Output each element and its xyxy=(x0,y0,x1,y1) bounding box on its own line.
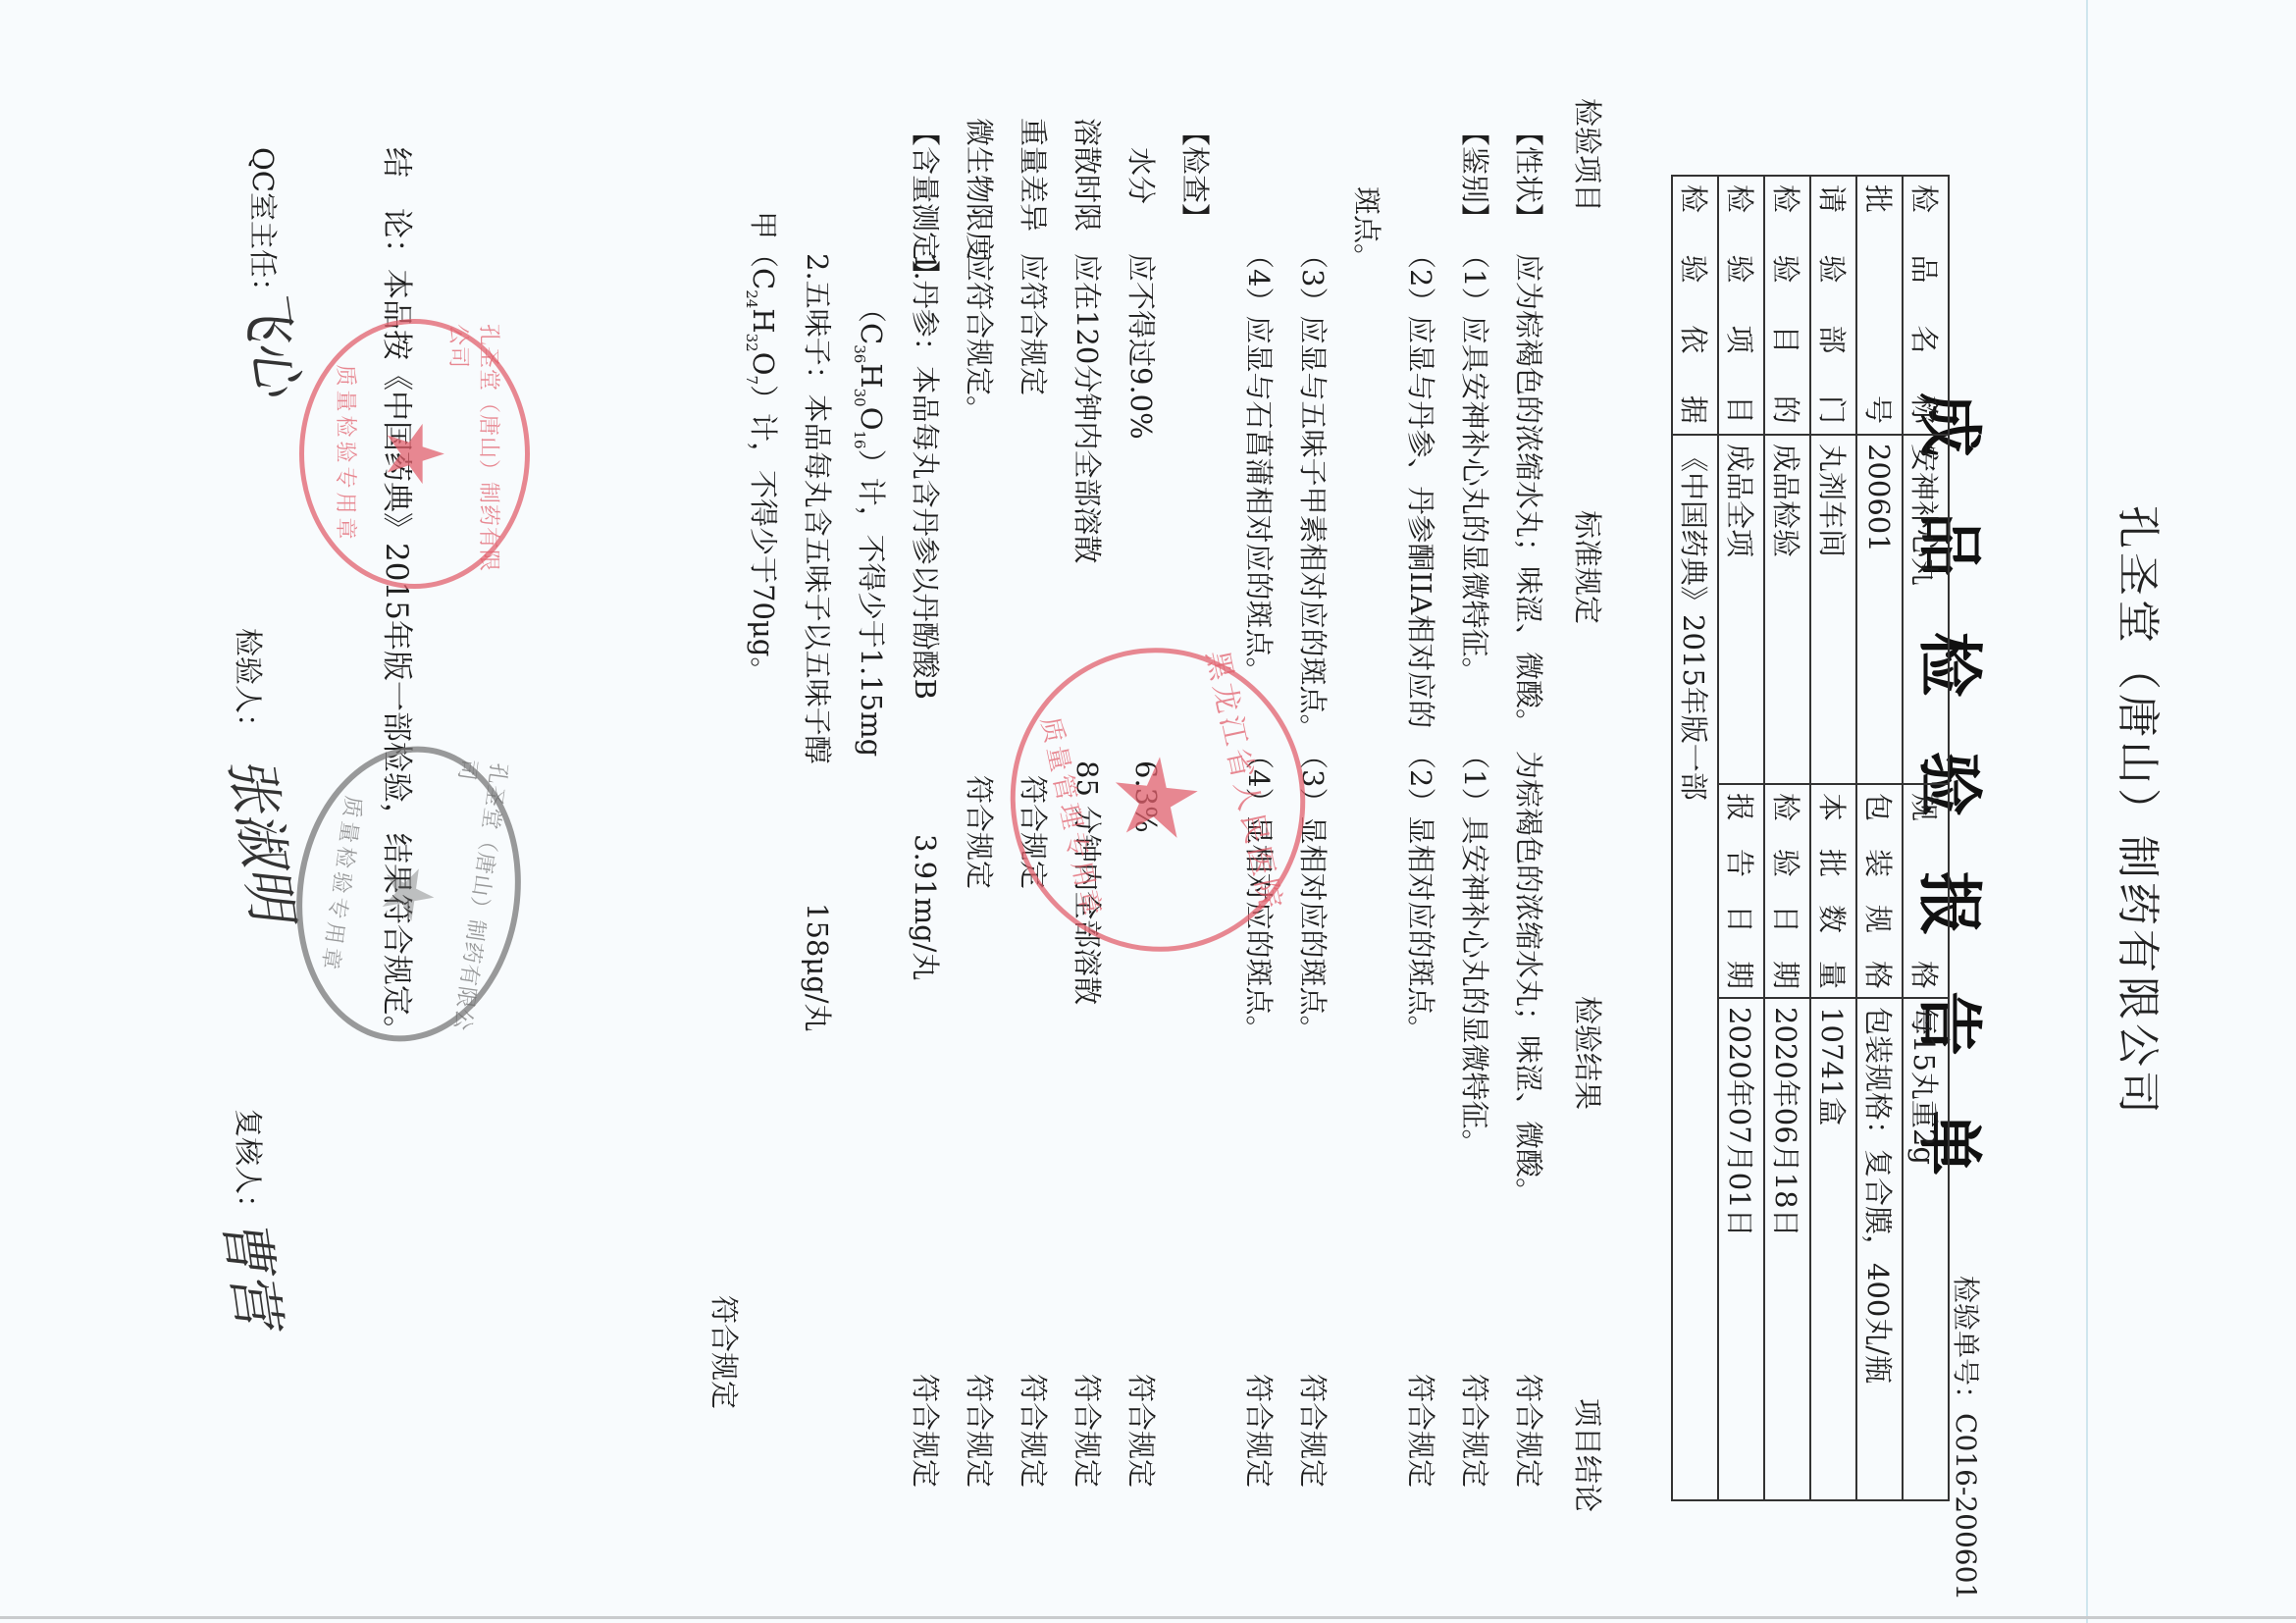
ident-2-conclusion: 符合规定 xyxy=(1402,1374,1442,1488)
quality-stamp-left: 孔圣堂（唐山）制药有限公司 ★ 质量检验专用章 xyxy=(299,319,530,589)
report-number-value: C016-200601 xyxy=(1950,1413,1982,1600)
ident-4-conclusion: 符合规定 xyxy=(1240,1374,1280,1488)
star-icon: ★ xyxy=(1095,741,1221,858)
section-heading-identification: 【鉴别】 xyxy=(1456,118,1496,232)
assay-1-standard-formula: （C36H30O16）计，不得少于1.15mg xyxy=(851,294,893,757)
ident-2-result: （2）显相对应的斑点。 xyxy=(1402,741,1442,1043)
formula-suffix: ）计，不得少于1.15mg xyxy=(855,449,888,758)
assay-1-conclusion: 符合规定 xyxy=(907,1374,947,1488)
star-icon: ★ xyxy=(370,859,446,929)
ident-2-standard-cont: 斑点。 xyxy=(1348,186,1388,272)
report-number-label: 检验单号： xyxy=(1950,1276,1982,1413)
value-dept: 丸剂车间 xyxy=(1810,435,1856,784)
col-header-conclusion: 项目结论 xyxy=(1569,1398,1609,1512)
value-quantity: 10741盒 xyxy=(1810,998,1856,1500)
scan-edge-line xyxy=(2086,0,2088,1623)
label-packaging: 包装规格 xyxy=(1856,784,1903,998)
inspect-1-standard: 应不得过9.0% xyxy=(1122,253,1163,440)
assay-2-standard-formula: 甲（C24H32O7）计，不得少于70μg。 xyxy=(743,211,785,685)
character-result: 为棕褐色的浓缩水丸；味涩、微酸。 xyxy=(1510,751,1550,1206)
formula-sub: 7 xyxy=(743,375,760,385)
report-number: 检验单号：C016-200601 xyxy=(1948,1276,1987,1600)
inspector-label: 检验人： xyxy=(230,628,270,742)
inspect-3-conclusion: 符合规定 xyxy=(1015,1374,1055,1488)
formula-el: H xyxy=(855,363,888,388)
inspect-1-conclusion: 符合规定 xyxy=(1122,1374,1163,1488)
stamp-bottom-text: 质量检验专用章 xyxy=(315,794,370,975)
label-quantity: 本批数量 xyxy=(1810,784,1856,998)
section-heading-inspection: 【检查】 xyxy=(1176,118,1217,232)
value-packaging: 包装规格：复合膜，400丸/瓶 xyxy=(1856,998,1903,1500)
inspect-1-name: 水分 xyxy=(1122,147,1163,204)
ident-3-standard: （3）应显与五味子甲素相对应的斑点。 xyxy=(1294,240,1334,742)
inspect-4-name: 微生物限度 xyxy=(961,118,1001,260)
formula-prefix: （C xyxy=(855,294,888,344)
quality-stamp-center: 黑龙江省人民医院 ★ 质量管理专用章 xyxy=(982,620,1333,979)
formula-el: O xyxy=(747,352,780,376)
inspect-4-result: 符合规定 xyxy=(961,775,1001,889)
value-basis: 《中国药典》2015年版一部 xyxy=(1672,435,1718,1500)
inspect-4-standard: 应符合规定。 xyxy=(961,253,1001,424)
label-purpose: 检验目的 xyxy=(1764,176,1810,435)
ident-1-standard: （1）应具安神补心丸的显微特征。 xyxy=(1456,240,1496,685)
assay-2-result: 158μg/丸 xyxy=(799,903,839,1032)
table-row: 批号 200601 包装规格 包装规格：复合膜，400丸/瓶 xyxy=(1856,176,1903,1500)
value-report-date: 2020年07月01日 xyxy=(1718,998,1764,1500)
formula-sub: 36 xyxy=(851,344,868,363)
qc-director-signature: 飞心 xyxy=(229,280,322,399)
qc-director-label: QC室主任： xyxy=(244,147,285,306)
document-page: 孔圣堂（唐山）制药有限公司 成品检验报告单 检验单号：C016-200601 检… xyxy=(0,0,2296,1623)
col-header-standard: 标准规定 xyxy=(1569,510,1609,624)
ident-1-conclusion: 符合规定 xyxy=(1456,1374,1496,1488)
label-batch: 批号 xyxy=(1856,176,1903,435)
label-basis: 检验依据 xyxy=(1672,176,1718,435)
conclusion-label: 结 论： xyxy=(379,147,414,269)
table-row: 检验项目 成品全项 报告日期 2020年07月01日 xyxy=(1718,176,1764,1500)
star-icon: ★ xyxy=(376,419,454,490)
inspect-2-name: 溶散时限 xyxy=(1069,118,1109,232)
stamp-bottom-text: 质量检验专用章 xyxy=(332,364,362,543)
assay-2-standard: 2.五味子：本品每丸含五味子以五味子醇 xyxy=(799,253,839,764)
table-row: 检验目的 成品检验 检验日期 2020年06月18日 xyxy=(1764,176,1810,1500)
value-spec: 每15丸重2g xyxy=(1903,998,1949,1500)
col-header-item: 检验项目 xyxy=(1569,98,1609,212)
section-heading-character: 【性状】 xyxy=(1510,118,1550,232)
ident-2-standard: （2）应显与丹参、丹参酮IIA相对应的 xyxy=(1402,240,1442,728)
formula-sub: 30 xyxy=(851,389,868,407)
inspect-3-standard: 应符合规定 xyxy=(1015,253,1055,395)
scan-frame: 孔圣堂（唐山）制药有限公司 成品检验报告单 检验单号：C016-200601 检… xyxy=(0,0,2296,1623)
reviewer-label: 复核人： xyxy=(230,1109,270,1223)
label-product-name: 检品名称 xyxy=(1903,176,1949,435)
inspect-4-conclusion: 符合规定 xyxy=(961,1374,1001,1488)
formula-suffix: ）计，不得少于70μg。 xyxy=(747,385,780,685)
col-header-result: 检验结果 xyxy=(1569,996,1609,1110)
formula-prefix: 甲（C xyxy=(747,211,780,289)
ident-4-standard: （4）应显与石菖蒲相对应的斑点。 xyxy=(1240,240,1280,685)
table-row: 请验部门 丸剂车间 本批数量 10741盒 xyxy=(1810,176,1856,1500)
value-product-name: 安神补心丸 xyxy=(1903,435,1949,784)
info-table: 检品名称 安神补心丸 规格 每15丸重2g 批号 200601 包装规格 包装规… xyxy=(1671,175,1950,1501)
label-test-items: 检验项目 xyxy=(1718,176,1764,435)
company-name: 孔圣堂（唐山）制药有限公司 xyxy=(2111,0,2173,1623)
label-test-date: 检验日期 xyxy=(1764,784,1810,998)
formula-el: H xyxy=(747,308,780,333)
assay-1-standard: 1.丹参：本品每丸含丹参以丹酚酸B xyxy=(907,253,947,700)
formula-el: O xyxy=(855,407,888,431)
assay-1-result: 3.91mg/丸 xyxy=(907,834,947,980)
ident-3-conclusion: 符合规定 xyxy=(1294,1374,1334,1488)
value-test-items: 成品全项 xyxy=(1718,435,1764,784)
label-spec: 规格 xyxy=(1903,784,1949,998)
stamp-top-text: 孔圣堂（唐山）制药有限公司 xyxy=(444,324,505,584)
character-conclusion: 符合规定 xyxy=(1510,1374,1550,1488)
value-batch: 200601 xyxy=(1856,435,1903,784)
character-standard: 应为棕褐色的浓缩水丸；味涩、微酸。 xyxy=(1510,253,1550,737)
inspect-2-standard: 应在120分钟内全部溶散 xyxy=(1069,253,1109,563)
value-test-date: 2020年06月18日 xyxy=(1764,998,1810,1500)
formula-sub: 16 xyxy=(851,430,868,448)
quality-stamp-gray: 孔圣堂（唐山）制药有限公司 ★ 质量检验专用章 xyxy=(278,732,540,1057)
formula-sub: 32 xyxy=(743,334,760,352)
inspect-2-conclusion: 符合规定 xyxy=(1069,1374,1109,1488)
label-report-date: 报告日期 xyxy=(1718,784,1764,998)
inspect-3-name: 重量差异 xyxy=(1015,118,1055,232)
table-row: 检品名称 安神补心丸 规格 每15丸重2g xyxy=(1903,176,1949,1500)
label-dept: 请验部门 xyxy=(1810,176,1856,435)
table-row: 检验依据 《中国药典》2015年版一部 xyxy=(1672,176,1718,1500)
reviewer-signature: 曹营 xyxy=(209,1212,302,1332)
value-purpose: 成品检验 xyxy=(1764,435,1810,784)
ident-1-result: （1）具安神补心丸的显微特征。 xyxy=(1456,741,1496,1157)
assay-2-conclusion: 符合规定 xyxy=(705,1295,746,1409)
formula-sub: 24 xyxy=(743,289,760,308)
